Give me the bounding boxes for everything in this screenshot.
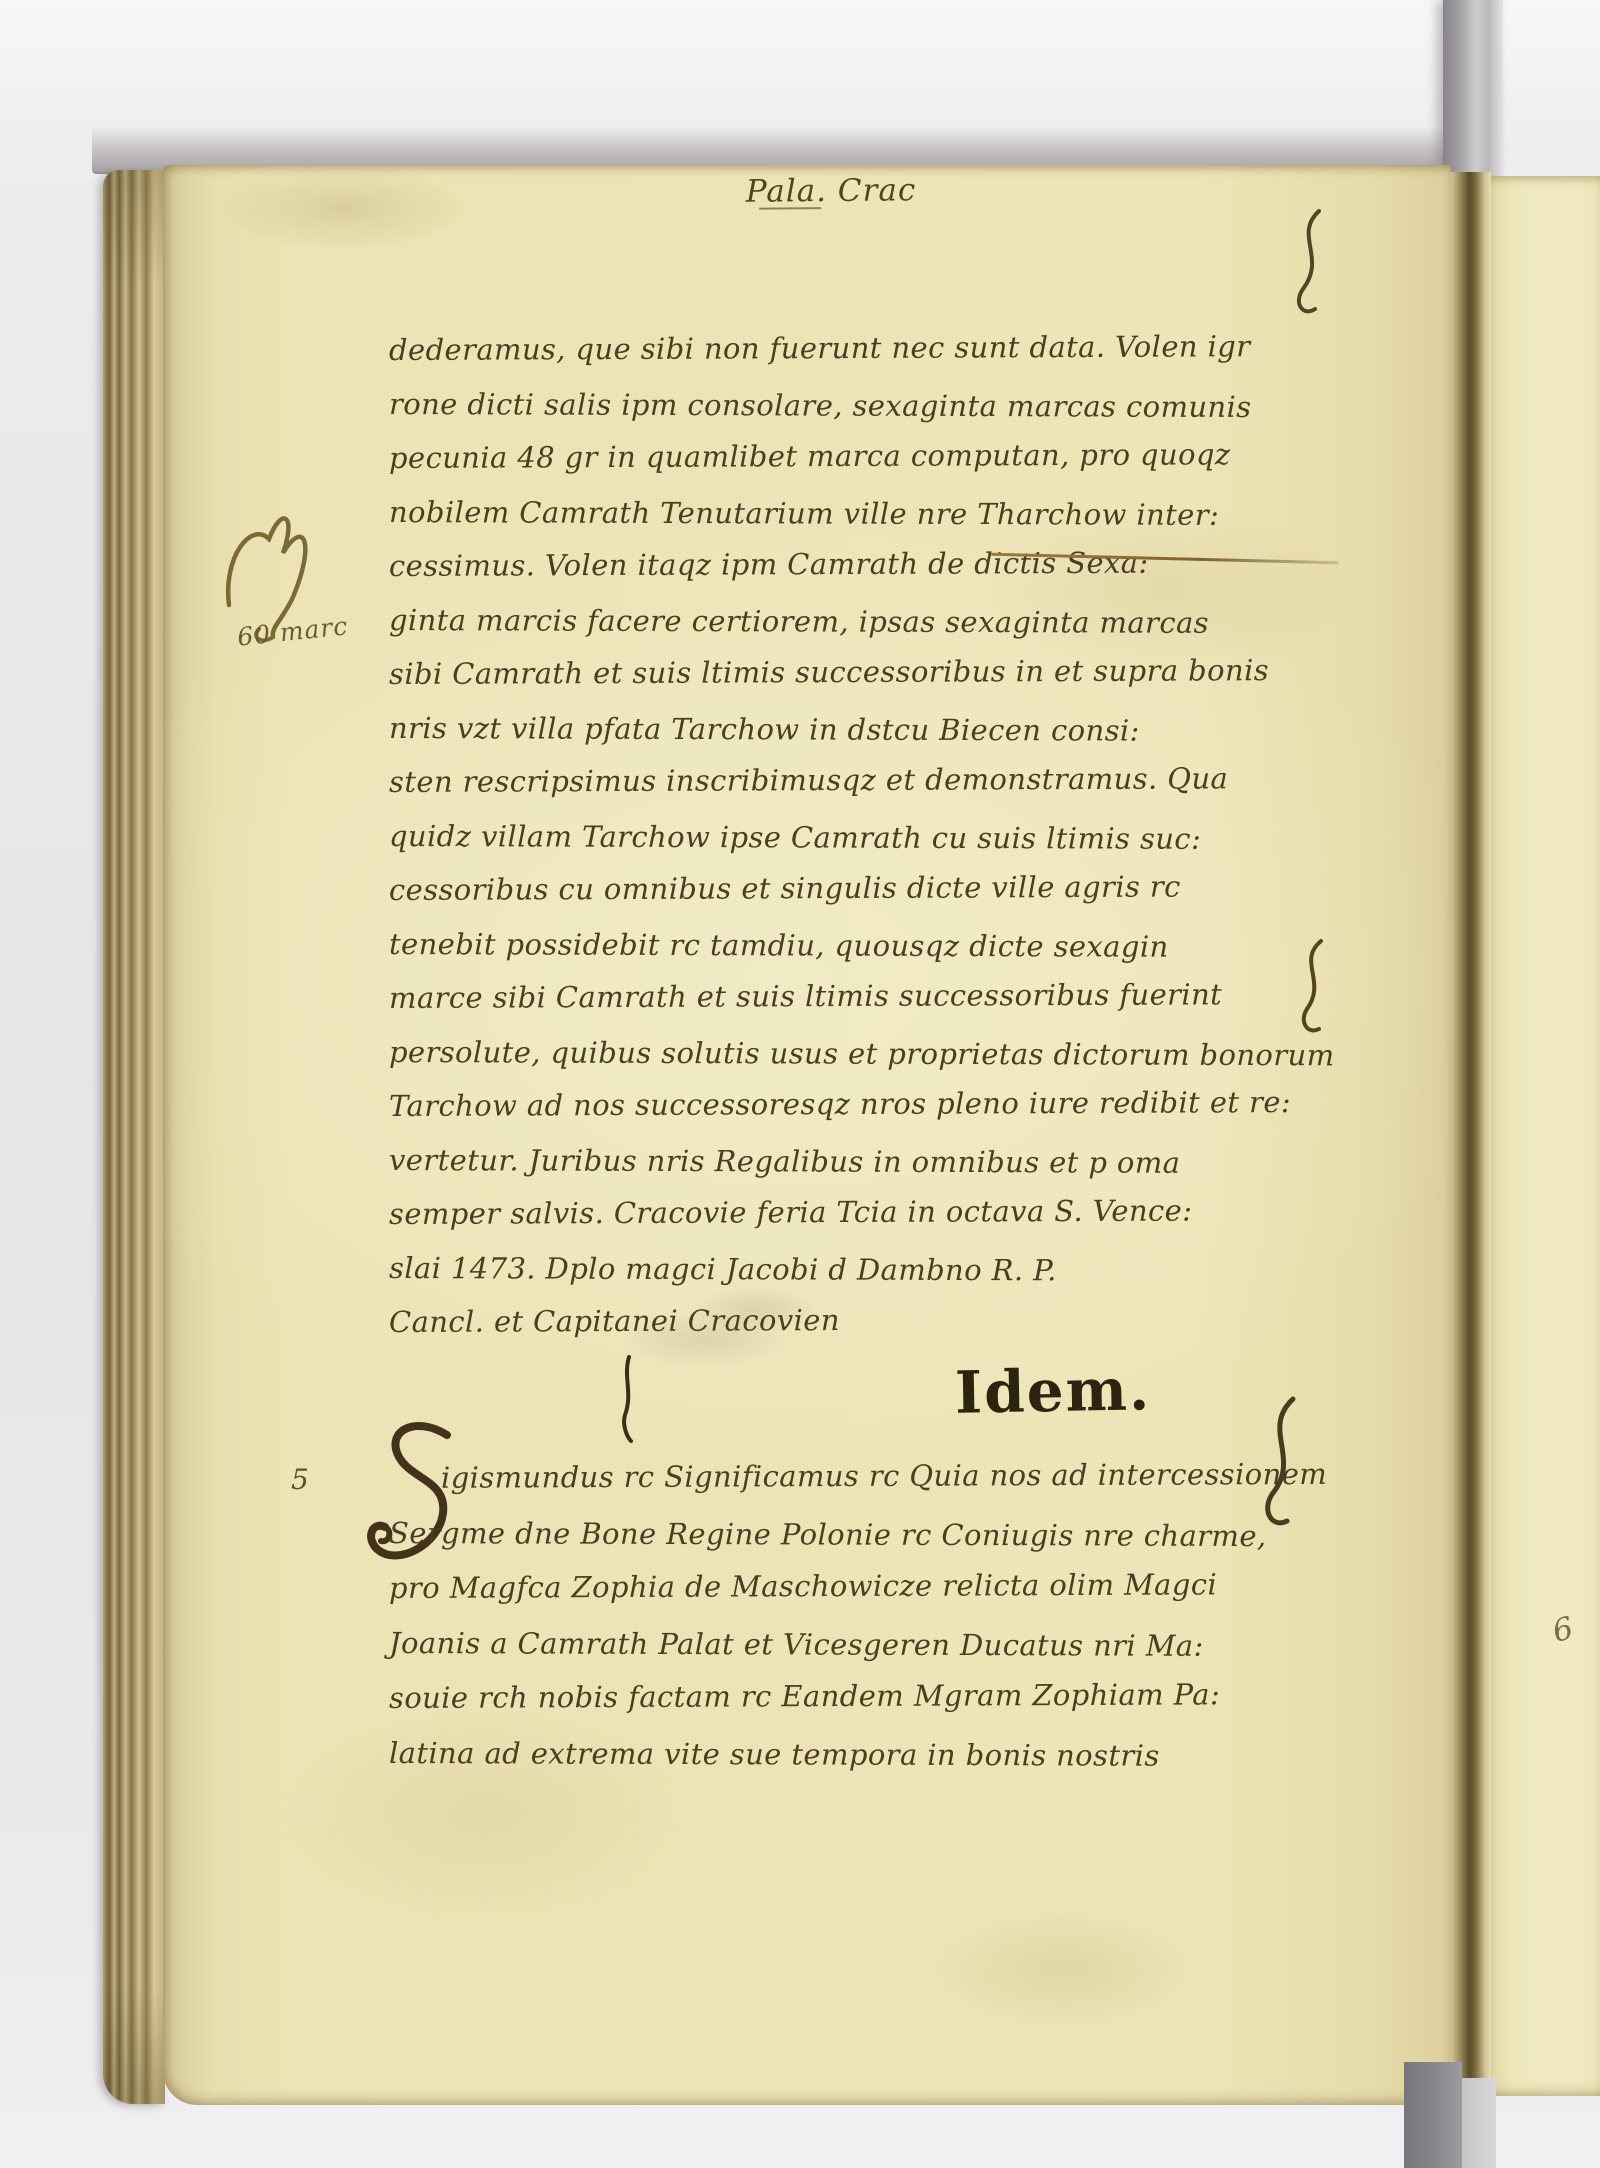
facing-page-number: 6 [1549,1610,1577,1650]
manuscript-line: quidz villam Tarchow ipse Camrath cu sui… [389,809,1319,866]
manuscript-line: nobilem Camrath Tenutarium ville nre Tha… [389,485,1319,542]
margin-entry-number: 5 [291,1463,309,1496]
page-header: Pala. Crac [671,172,991,211]
manuscript-line: vertetur. Juribus nris Regalibus in omni… [389,1133,1319,1190]
manuscript-line: marce sibi Camrath et suis ltimis succes… [389,967,1319,1025]
entry-1-text: dederamus, que sibi non fuerunt nec sunt… [389,323,1319,1349]
manuscript-line: pecunia 48 gr in quamlibet marca computa… [389,427,1319,485]
insertion-stroke-icon [615,1353,639,1443]
manuscript-line: rone dicti salis ipm consolare, sexagint… [389,377,1319,434]
manuscript-line: sten rescripsimus inscribimusqz et demon… [389,751,1319,809]
entry-2-text: igismundus rc Significamus rc Quia nos a… [389,1451,1329,1781]
manuscript-line: Cancl. et Capitanei Cracovien [389,1291,1319,1349]
manuscript-line: dederamus, que sibi non fuerunt nec sunt… [389,319,1319,377]
manuscript-line: nris vzt villa pfata Tarchow in dstcu Bi… [389,701,1319,758]
manuscript-line: Joanis a Camrath Palat et Vicesgeren Duc… [389,1616,1329,1674]
book-gutter [1451,172,1491,2102]
manuscript-photo: Pala. Crac 60 marc dederamus, que sibi n… [0,0,1600,2168]
manuscript-line: slai 1473. Dplo magci Jacobi d Dambno R.… [389,1241,1319,1298]
binding-strap-bottom-highlight [1462,2078,1496,2168]
manuscript-page: Pala. Crac 60 marc dederamus, que sibi n… [163,165,1451,2105]
manuscript-line: cessimus. Volen itaqz ipm Camrath de dic… [389,535,1319,593]
manuscript-line: latina ad extrema vite sue tempora in bo… [389,1726,1329,1784]
manuscript-line: semper salvis. Cracovie feria Tcia in oc… [389,1183,1319,1241]
manuscript-line: Sergme dne Bone Regine Polonie rc Coniug… [389,1506,1329,1564]
manuscript-line: tenebit possidebit rc tamdiu, quousqz di… [389,917,1319,974]
section-heading-text: Idem. [954,1355,1151,1426]
manuscript-line: souie rch nobis factam rc Eandem Mgram Z… [389,1667,1329,1726]
facing-page-edge: 6 [1491,176,1600,2096]
manuscript-line: persolute, quibus solutis usus et propri… [389,1025,1319,1082]
margin-value-note: 60 marc [236,611,350,651]
manuscript-line: cessoribus cu omnibus et singulis dicte … [389,859,1319,917]
section-heading: Idem. [954,1355,1151,1426]
binding-strap-bottom [1404,2062,1462,2168]
manuscript-line: ginta marcis facere certiorem, ipsas sex… [389,593,1319,650]
line-end-flourish-icon [1275,205,1335,335]
binding-strap-top [1443,0,1503,176]
manuscript-line: Tarchow ad nos successoresqz nros pleno … [389,1075,1319,1133]
manuscript-line: igismundus rc Significamus rc Quia nos a… [389,1447,1329,1506]
page-stack-edge [103,170,165,2104]
manuscript-line: pro Magfca Zophia de Maschowicze relicta… [389,1557,1329,1616]
manuscript-line: sibi Camrath et suis ltimis successoribu… [389,643,1319,701]
